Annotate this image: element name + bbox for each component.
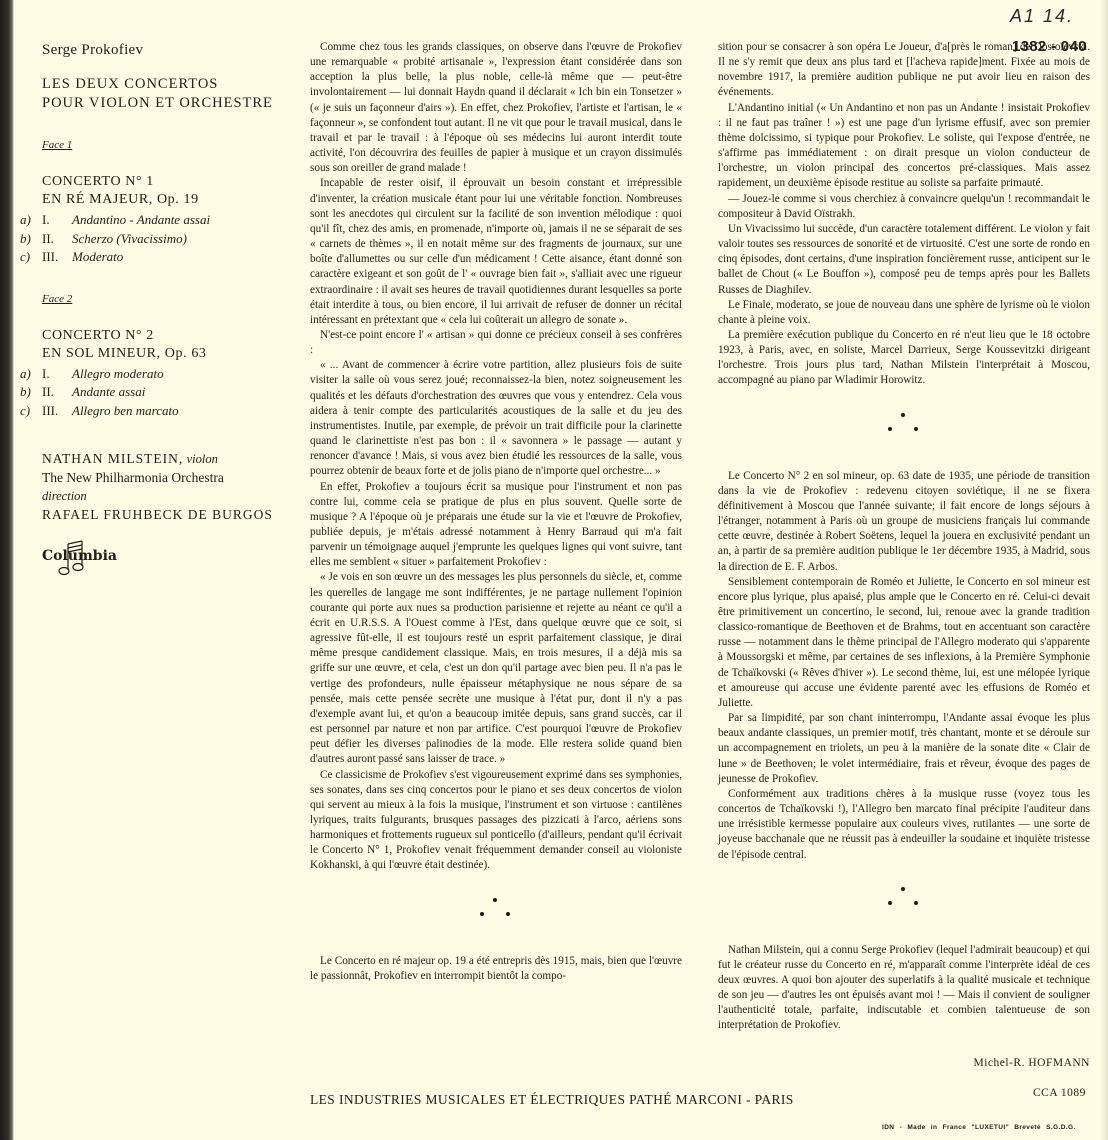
concerto-title: CONCERTO N° 2 EN SOL MINEUR, Op. 63 [42, 327, 292, 363]
sleeve-left-edge [0, 0, 14, 1140]
concerto-title-line2: EN RÉ MAJEUR, Op. 19 [42, 191, 292, 209]
movement-number: I. [42, 365, 72, 384]
album-title-line1: LES DEUX CONCERTOS [42, 75, 292, 94]
liner-notes-column-2: sition pour se consacrer à son opéra Le … [718, 40, 1090, 1071]
movement-name: Allegro moderato [72, 365, 164, 384]
album-title-line2: POUR VIOLON ET ORCHESTRE [42, 94, 292, 113]
paragraph: Un Vivacissimo lui succède, d'un caractè… [718, 222, 1090, 298]
movement-item: b)II.Andante assai [20, 383, 292, 402]
catalog-number: CCA 1089 [1033, 1087, 1086, 1099]
concerto-title: CONCERTO N° 1 EN RÉ MAJEUR, Op. 19 [42, 173, 292, 209]
asterism-divider [310, 884, 682, 930]
movement-item: c)III.Allegro ben marcato [20, 402, 292, 421]
paragraph: Ce classicisme de Prokofiev s'est vigour… [310, 768, 682, 874]
movement-number: III. [42, 402, 72, 421]
paragraph: Le Concerto en ré majeur op. 19 a été en… [310, 954, 682, 984]
movement-letter: c) [20, 402, 42, 421]
movement-name: Andantino - Andante assai [72, 211, 210, 230]
concerto-title-line1: CONCERTO N° 2 [42, 327, 292, 345]
movement-name: Scherzo (Vivacissimo) [72, 230, 187, 249]
movement-letter: a) [20, 365, 42, 384]
handwritten-annotation: A1 14. [1010, 6, 1074, 27]
paragraph: Sensiblement contemporain de Roméo et Ju… [718, 575, 1090, 711]
face-label: Face 1 [42, 139, 72, 151]
movement-list: a)I.Allegro moderato b)II.Andante assai … [20, 365, 292, 421]
columbia-logo: Columbia [42, 538, 122, 574]
movement-letter: c) [20, 248, 42, 267]
movement-item: c)III.Moderato [20, 248, 292, 267]
soloist-line: NATHAN MILSTEIN, violon [42, 450, 292, 469]
paragraph: Par sa limpidité, par son chant ininterr… [718, 711, 1090, 787]
paragraph: Le Concerto N° 2 en sol mineur, op. 63 d… [718, 469, 1090, 575]
paragraph: Nathan Milstein, qui a connu Serge Proko… [718, 943, 1090, 1034]
asterism-divider [718, 873, 1090, 919]
paragraph: — Jouez-le comme si vous cherchiez à con… [718, 192, 1090, 222]
movement-letter: b) [20, 383, 42, 402]
composer-name: Serge Prokofiev [42, 42, 292, 59]
conductor-name: RAFAEL FRUHBECK DE BURGOS [42, 506, 292, 525]
paragraph: sition pour se consacrer à son opéra Le … [718, 40, 1090, 101]
logo-text: Columbia [42, 548, 117, 564]
orchestra-name: The New Philharmonia Orchestra [42, 469, 292, 488]
asterism-divider [718, 399, 1090, 445]
movement-item: a)I.Allegro moderato [20, 365, 292, 384]
movement-name: Moderato [72, 248, 123, 267]
movement-number: III. [42, 248, 72, 267]
soloist-role: violon [187, 452, 218, 466]
paragraph: En effet, Prokofiev a toujours écrit sa … [310, 480, 682, 571]
movement-letter: a) [20, 211, 42, 230]
movement-number: II. [42, 383, 72, 402]
liner-notes-column-1: Comme chez tous les grands classiques, o… [310, 40, 682, 984]
manufacturing-fine-print: IDN - Made in France "LUXETUI" Breveté S… [882, 1124, 1076, 1131]
paragraph: Le Finale, moderato, se joue de nouveau … [718, 298, 1090, 328]
movement-letter: b) [20, 230, 42, 249]
soloist-name: NATHAN MILSTEIN, [42, 451, 183, 466]
paragraph: Incapable de rester oisif, il éprouvait … [310, 176, 682, 328]
side-2: Face 2 CONCERTO N° 2 EN SOL MINEUR, Op. … [42, 267, 292, 421]
concerto-title-line1: CONCERTO N° 1 [42, 173, 292, 191]
movement-number: II. [42, 230, 72, 249]
paragraph: Comme chez tous les grands classiques, o… [310, 40, 682, 176]
direction-label: direction [42, 487, 292, 506]
side-1: Face 1 CONCERTO N° 1 EN RÉ MAJEUR, Op. 1… [42, 113, 292, 267]
movement-name: Allegro ben marcato [72, 402, 179, 421]
paragraph: L'Andantino initial (« Un Andantino et n… [718, 101, 1090, 192]
performers-credits: NATHAN MILSTEIN, violon The New Philharm… [42, 450, 292, 524]
sleeve-right-edge [1100, 0, 1108, 1140]
movement-item: a)I.Andantino - Andante assai [20, 211, 292, 230]
face-label: Face 2 [42, 293, 72, 305]
album-title: LES DEUX CONCERTOS POUR VIOLON ET ORCHES… [42, 75, 292, 113]
paragraph: Conformément aux traditions chères à la … [718, 787, 1090, 863]
movement-name: Andante assai [72, 383, 145, 402]
paragraph: N'est-ce point encore l' « artisan » qui… [310, 328, 682, 358]
concerto-title-line2: EN SOL MINEUR, Op. 63 [42, 345, 292, 363]
movement-item: b)II.Scherzo (Vivacissimo) [20, 230, 292, 249]
publisher-line: LES INDUSTRIES MUSICALES ET ÉLECTRIQUES … [310, 1092, 794, 1108]
movement-list: a)I.Andantino - Andante assai b)II.Scher… [20, 211, 292, 267]
author-signature: Michel-R. HOFMANN [718, 1056, 1090, 1071]
tracklist-panel: Serge Prokofiev LES DEUX CONCERTOS POUR … [42, 42, 292, 574]
movement-number: I. [42, 211, 72, 230]
quote-paragraph: « ... Avant de commencer à écrire votre … [310, 358, 682, 479]
quote-paragraph: « Je vois en son œuvre un des messages l… [310, 570, 682, 767]
paragraph: La première exécution publique du Concer… [718, 328, 1090, 389]
